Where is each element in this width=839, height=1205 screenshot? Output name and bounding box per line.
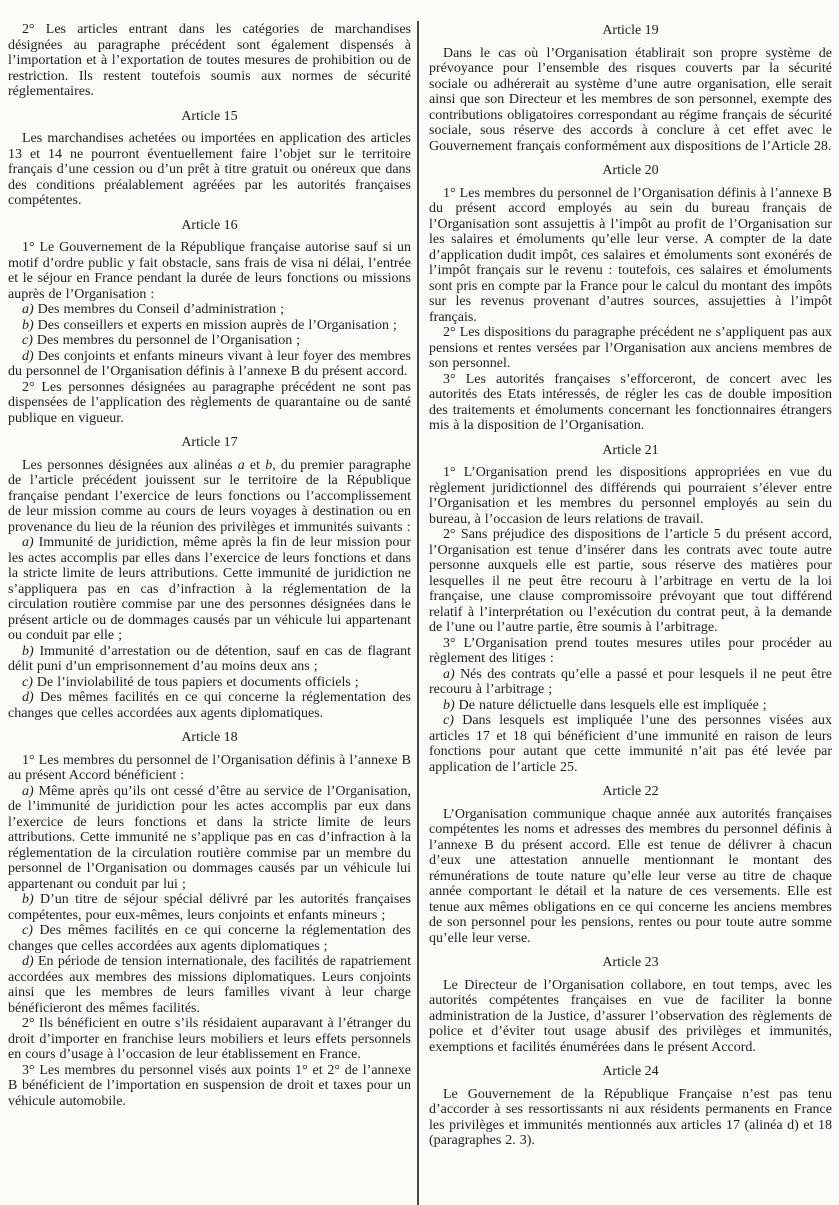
paragraph-text: Nés des contrats qu’elle a passé et pour… <box>429 667 832 698</box>
paragraph-text: 2° Les articles entrant dans les catégor… <box>8 22 411 99</box>
paragraph-text: D’un titre de séjour spécial délivré par… <box>8 892 411 923</box>
article-paragraph: 1° L’Organisation prend les dispositions… <box>429 465 832 527</box>
paragraph-text: Immunité d’arrestation ou de détention, … <box>8 644 411 675</box>
paragraph-text: Des conseillers et experts en mission au… <box>34 318 397 333</box>
document-page: 2° Les articles entrant dans les catégor… <box>0 0 839 1205</box>
article-paragraph: 2° Les articles entrant dans les catégor… <box>8 22 411 100</box>
paragraph-text: Des conjoints et enfants mineurs vivant … <box>8 349 411 380</box>
article-paragraph: c) De l’inviolabilité de tous papiers et… <box>8 675 411 691</box>
article-paragraph: b) De nature délictuelle dans lesquels e… <box>429 698 832 714</box>
article-heading: Article 20 <box>429 163 832 179</box>
paragraph-text: De nature délictuelle dans lesquels elle… <box>455 698 767 713</box>
text-column-left: 2° Les articles entrant dans les catégor… <box>8 22 411 1109</box>
text-column-right: Article 19Dans le cas où l’Organisation … <box>429 22 832 1149</box>
article-paragraph: b) D’un titre de séjour spécial délivré … <box>8 892 411 923</box>
paragraph-text: 1° Les membres du personnel de l’Organis… <box>8 753 411 784</box>
article-heading: Article 18 <box>8 730 411 746</box>
article-paragraph: Les personnes désignées aux alinéas a et… <box>8 458 411 536</box>
paragraph-text: Immunité de juridiction, même après la f… <box>8 535 411 643</box>
article-paragraph: 2° Sans préjudice des dispositions de l’… <box>429 527 832 636</box>
article-paragraph: a) Immunité de juridiction, même après l… <box>8 535 411 644</box>
paragraph-text: 3° Les autorités françaises s’efforceron… <box>429 372 832 434</box>
italic-list-marker: a) <box>22 302 34 317</box>
paragraph-text: 3° Les membres du personnel visés aux po… <box>8 1063 411 1109</box>
italic-list-marker: d) <box>22 349 34 364</box>
paragraph-text: Les personnes désignées aux alinéas <box>22 458 238 473</box>
italic-list-marker: a) <box>443 667 455 682</box>
article-paragraph: 1° Les membres du personnel de l’Organis… <box>429 186 832 326</box>
article-paragraph: a) Même après qu’ils ont cessé d’être au… <box>8 784 411 893</box>
italic-list-marker: b) <box>22 318 34 333</box>
italic-list-marker: a <box>238 458 245 473</box>
article-heading: Article 17 <box>8 435 411 451</box>
article-paragraph: Dans le cas où l’Organisation établirait… <box>429 46 832 155</box>
paragraph-text: De l’inviolabilité de tous papiers et do… <box>33 675 359 690</box>
article-paragraph: b) Immunité d’arrestation ou de détentio… <box>8 644 411 675</box>
article-paragraph: a) Des membres du Conseil d’administrati… <box>8 302 411 318</box>
article-heading: Article 21 <box>429 443 832 459</box>
paragraph-text: 1° Les membres du personnel de l’Organis… <box>429 186 832 325</box>
paragraph-text: Dans le cas où l’Organisation établirait… <box>429 46 832 154</box>
paragraph-text: 3° L’Organisation prend toutes mesures u… <box>429 636 832 667</box>
paragraph-text: 2° Les personnes désignées au paragraphe… <box>8 380 411 426</box>
article-paragraph: L’Organisation communique chaque année a… <box>429 807 832 947</box>
italic-list-marker: a) <box>22 535 34 550</box>
article-paragraph: d) En période de tension internationale,… <box>8 954 411 1016</box>
article-paragraph: 1° Le Gouvernement de la République fran… <box>8 240 411 302</box>
paragraph-text: 2° Sans préjudice des dispositions de l’… <box>429 527 832 635</box>
paragraph-text: Des mêmes facilités en ce qui concerne l… <box>8 690 411 721</box>
article-heading: Article 19 <box>429 23 832 39</box>
article-heading: Article 24 <box>429 1064 832 1080</box>
paragraph-text: Des mêmes facilités en ce qui concerne l… <box>8 923 411 954</box>
paragraph-text: L’Organisation communique chaque année a… <box>429 807 832 946</box>
article-heading: Article 23 <box>429 955 832 971</box>
paragraph-text: Le Gouvernement de la République Françai… <box>429 1087 832 1149</box>
article-paragraph: d) Des mêmes facilités en ce qui concern… <box>8 690 411 721</box>
article-paragraph: Le Directeur de l’Organisation collabore… <box>429 978 832 1056</box>
italic-list-marker: b) <box>22 892 34 907</box>
article-heading: Article 16 <box>8 218 411 234</box>
italic-list-marker: c) <box>22 675 33 690</box>
paragraph-text: Des membres du Conseil d’administration … <box>34 302 284 317</box>
paragraph-text: 1° Le Gouvernement de la République fran… <box>8 240 411 302</box>
article-paragraph: c) Des membres du personnel de l’Organis… <box>8 333 411 349</box>
paragraph-text: 2° Ils bénéficient en outre s’ils résida… <box>8 1016 411 1062</box>
italic-list-marker: c) <box>443 713 454 728</box>
article-paragraph: 3° L’Organisation prend toutes mesures u… <box>429 636 832 667</box>
article-paragraph: a) Nés des contrats qu’elle a passé et p… <box>429 667 832 698</box>
italic-list-marker: b) <box>22 644 34 659</box>
article-paragraph: b) Des conseillers et experts en mission… <box>8 318 411 334</box>
article-paragraph: 3° Les autorités françaises s’efforceron… <box>429 372 832 434</box>
italic-list-marker: d) <box>22 690 34 705</box>
article-paragraph: 2° Les personnes désignées au paragraphe… <box>8 380 411 427</box>
paragraph-text: Les marchandises achetées ou importées e… <box>8 131 411 208</box>
article-paragraph: 2° Les dispositions du paragraphe précéd… <box>429 325 832 372</box>
italic-list-marker: b) <box>443 698 455 713</box>
article-paragraph: Le Gouvernement de la République Françai… <box>429 1087 832 1149</box>
paragraph-text: Dans lesquels est impliquée l’une des pe… <box>429 713 832 775</box>
paragraph-text: Même après qu’ils ont cessé d’être au se… <box>8 784 411 892</box>
paragraph-text: 1° L’Organisation prend les dispositions… <box>429 465 832 527</box>
article-paragraph: 2° Ils bénéficient en outre s’ils résida… <box>8 1016 411 1063</box>
paragraph-text: 2° Les dispositions du paragraphe précéd… <box>429 325 832 371</box>
italic-list-marker: c) <box>22 333 33 348</box>
article-paragraph: 3° Les membres du personnel visés aux po… <box>8 1063 411 1110</box>
italic-list-marker: a) <box>22 784 34 799</box>
italic-list-marker: c) <box>22 923 33 938</box>
paragraph-text: En période de tension internationale, de… <box>8 954 411 1016</box>
article-heading: Article 15 <box>8 109 411 125</box>
article-paragraph: d) Des conjoints et enfants mineurs viva… <box>8 349 411 380</box>
article-paragraph: Les marchandises achetées ou importées e… <box>8 131 411 209</box>
article-paragraph: c) Des mêmes facilités en ce qui concern… <box>8 923 411 954</box>
paragraph-text: Le Directeur de l’Organisation collabore… <box>429 978 832 1055</box>
italic-list-marker: d) <box>22 954 34 969</box>
article-heading: Article 22 <box>429 784 832 800</box>
article-paragraph: 1° Les membres du personnel de l’Organis… <box>8 753 411 784</box>
paragraph-text: et <box>245 458 266 473</box>
column-divider-rule <box>417 21 419 1205</box>
article-paragraph: c) Dans lesquels est impliquée l’une des… <box>429 713 832 775</box>
paragraph-text: Des membres du personnel de l’Organisati… <box>33 333 300 348</box>
